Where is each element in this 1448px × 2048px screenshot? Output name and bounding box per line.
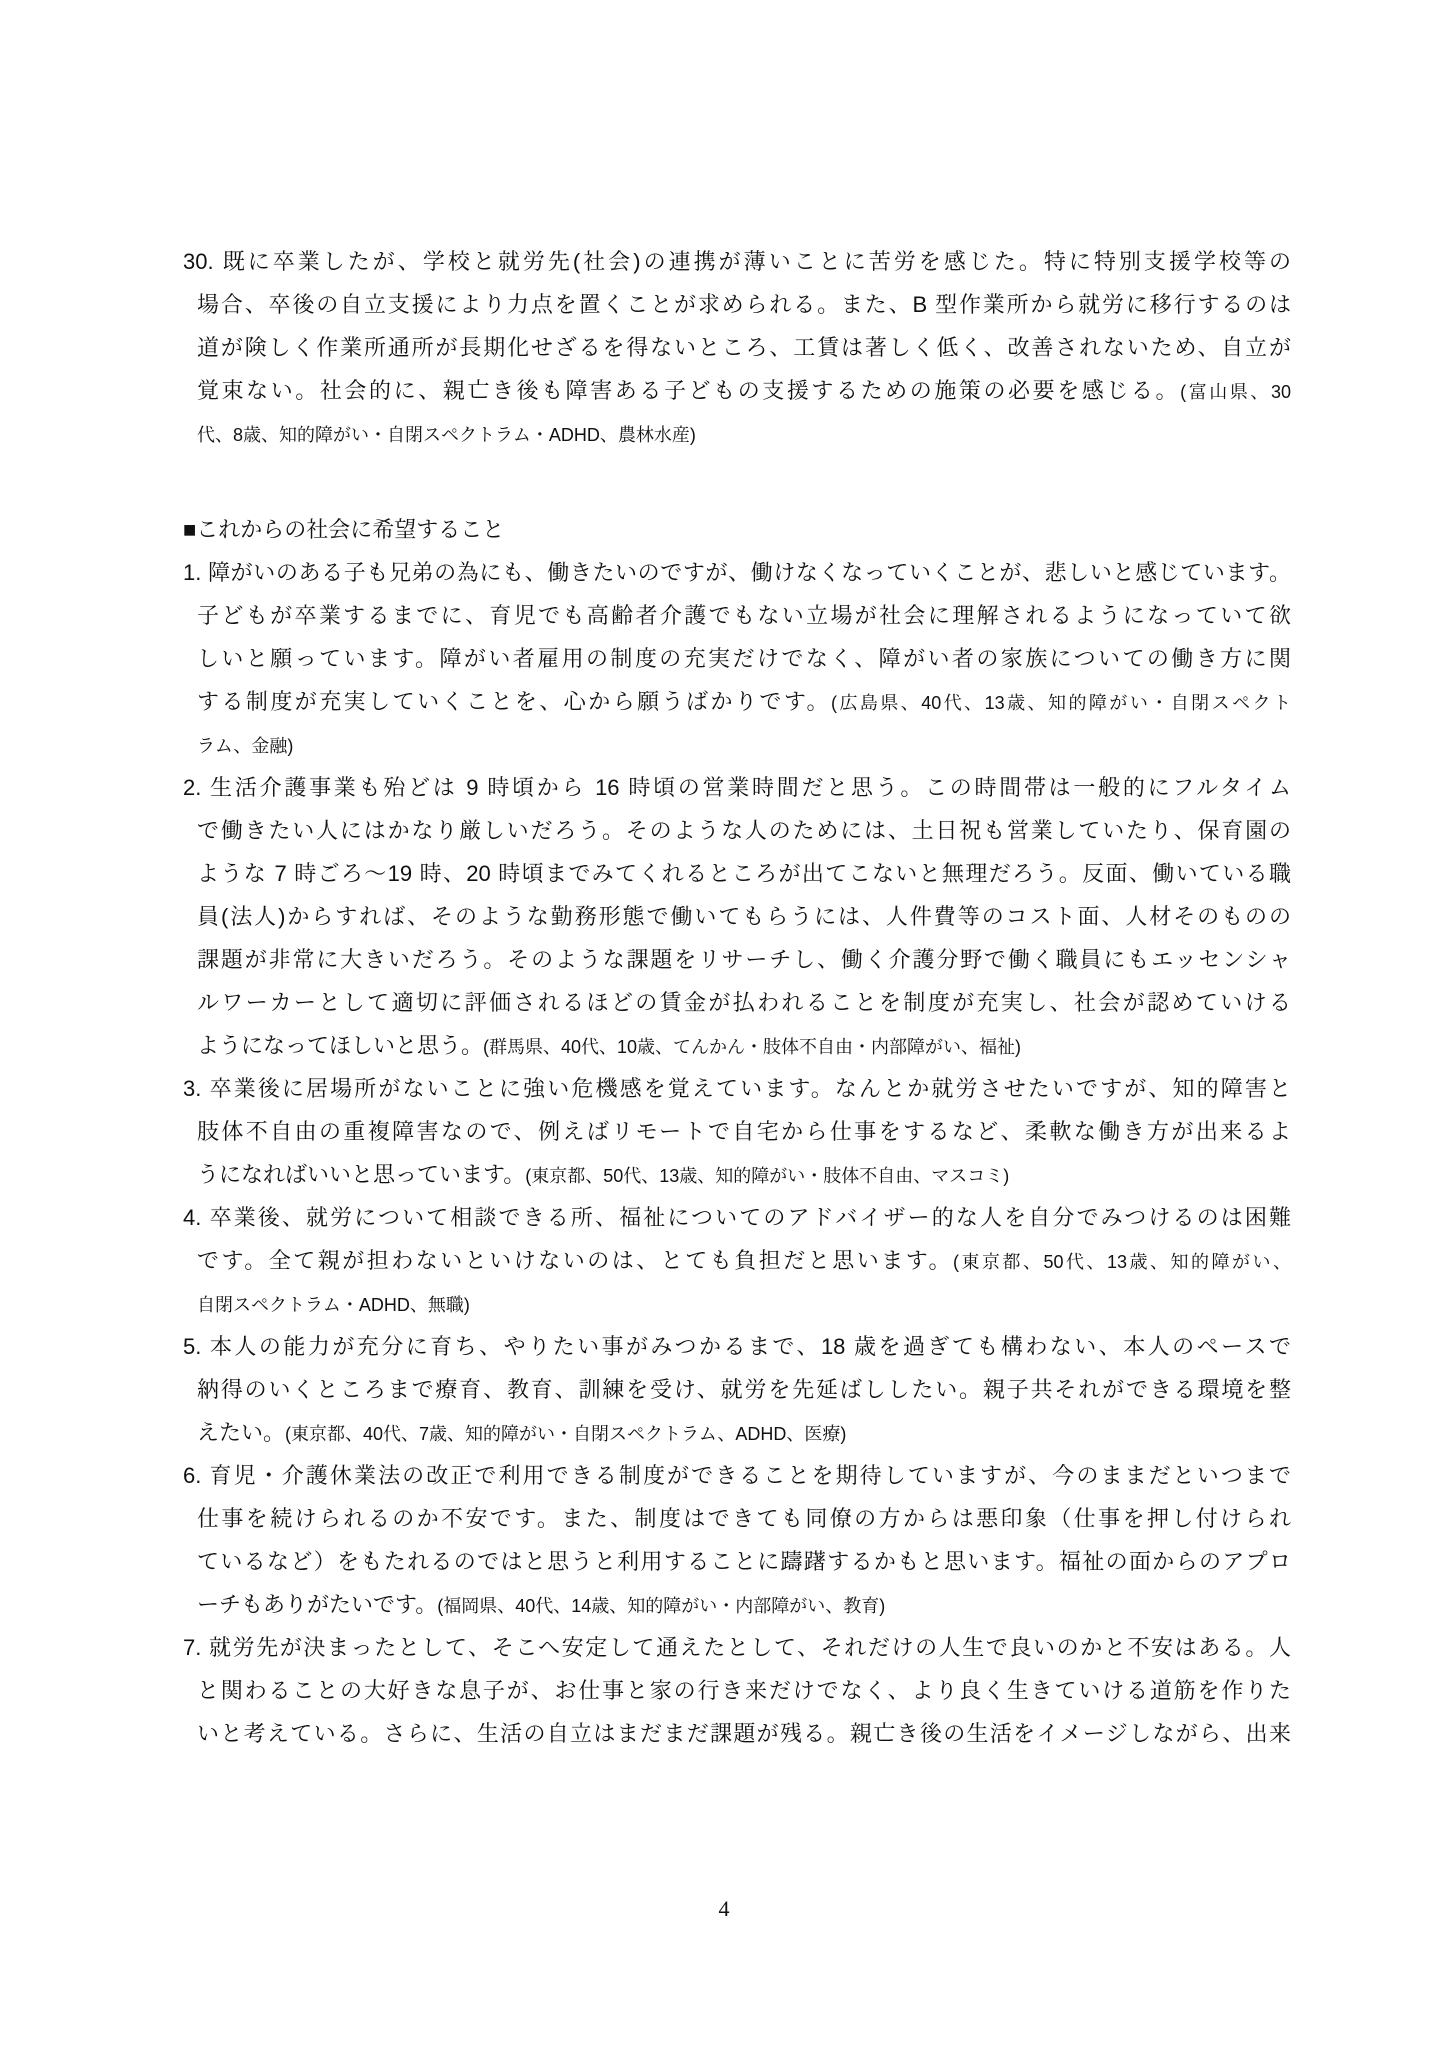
line-text: で働きたい人にはかなり厳しいだろう。そのような人のためには、土日祝も営業していた… (197, 818, 1291, 843)
line-text: 5. 本人の能力が充分に育ち、やりたい事がみつかるまで、18 歳を過ぎても構わな… (183, 1334, 1291, 1359)
line-text: ■これからの社会に希望すること (183, 517, 504, 542)
text-line: 6. 育児・介護休業法の改正で利用できる制度ができることを期待していますが、今の… (183, 1454, 1291, 1497)
page-footer: 4 (0, 1896, 1448, 1922)
line-text: 員(法人)からすれば、そのような勤務形態で働いてもらうには、人件費等のコスト面、… (197, 904, 1291, 929)
opinion-item: 6. 育児・介護休業法の改正で利用できる制度ができることを期待していますが、今の… (183, 1454, 1291, 1626)
opinion-item: 7. 就労先が決まったとして、そこへ安定して通えたとして、それだけの人生で良いの… (183, 1626, 1291, 1755)
line-text: えたい。 (197, 1420, 285, 1445)
line-text: 場合、卒後の自立支援により力点を置くことが求められる。また、B 型作業所から就労… (197, 292, 1291, 317)
line-text: ようになってほしいと思う。 (197, 1033, 483, 1058)
text-line: 課題が非常に大きいだろう。そのような課題をリサーチし、働く介護分野で働く職員にも… (183, 938, 1291, 981)
line-text: しいと願っています。障がい者雇用の制度の充実だけでなく、障がい者の家族についての… (197, 646, 1291, 671)
citation-text: (東京都、50代、13歳、知的障がい、 (953, 1252, 1291, 1272)
text-line: する制度が充実していくことを、心から願うばかりです。(広島県、40代、13歳、知… (183, 680, 1291, 723)
section-heading: ■これからの社会に希望すること (183, 508, 1291, 551)
text-line: 4. 卒業後、就労について相談できる所、福祉についてのアドバイザー的な人を自分で… (183, 1196, 1291, 1239)
opinion-item: 4. 卒業後、就労について相談できる所、福祉についてのアドバイザー的な人を自分で… (183, 1196, 1291, 1325)
text-line: 3. 卒業後に居場所がないことに強い危機感を覚えています。なんとか就労させたいで… (183, 1067, 1291, 1110)
line-text: 肢体不自由の重複障害なので、例えばリモートで自宅から仕事をするなど、柔軟な働き方… (197, 1119, 1291, 1144)
opinion-item: 1. 障がいのある子も兄弟の為にも、働きたいのですが、働けなくなっていくことが、… (183, 551, 1291, 766)
text-line: ているなど）をもたれるのではと思うと利用することに躊躇するかもと思います。福祉の… (183, 1540, 1291, 1583)
heading-line: ■これからの社会に希望すること (183, 508, 1291, 551)
text-line: 子どもが卒業するまでに、育児でも高齢者介護でもない立場が社会に理解されるようにな… (183, 594, 1291, 637)
line-text: 30. 既に卒業したが、学校と就労先(社会)の連携が薄いことに苦労を感じた。特に… (183, 249, 1291, 274)
line-text: と関わることの大好きな息子が、お仕事と家の行き来だけでなく、より良く生きていける… (197, 1678, 1291, 1703)
citation-text: (東京都、50代、13歳、知的障がい・肢体不自由、マスコミ) (525, 1166, 1009, 1186)
text-line: 道が険しく作業所通所が長期化せざるを得ないところ、工賃は著しく低く、改善されない… (183, 326, 1291, 369)
text-line: ようになってほしいと思う。(群馬県、40代、10歳、てんかん・肢体不自由・内部障… (183, 1024, 1291, 1067)
text-line: いと考えている。さらに、生活の自立はまだまだ課題が残る。親亡き後の生活をイメージ… (183, 1712, 1291, 1755)
citation-text: (富山県、30 (1180, 382, 1291, 402)
line-text: ような 7 時ごろ～19 時、20 時頃までみてくれるところが出てこないと無理だ… (197, 861, 1291, 886)
line-text: 道が険しく作業所通所が長期化せざるを得ないところ、工賃は著しく低く、改善されない… (197, 335, 1291, 360)
line-text: 課題が非常に大きいだろう。そのような課題をリサーチし、働く介護分野で働く職員にも… (197, 947, 1291, 972)
text-line: と関わることの大好きな息子が、お仕事と家の行き来だけでなく、より良く生きていける… (183, 1669, 1291, 1712)
line-text: うになればいいと思っています。 (197, 1162, 525, 1187)
line-text: です。全て親が担わないといけないのは、とても負担だと思います。 (197, 1248, 953, 1273)
document-body: 30. 既に卒業したが、学校と就労先(社会)の連携が薄いことに苦労を感じた。特に… (0, 0, 1448, 1755)
line-text: 仕事を続けられるのか不安です。また、制度はできても同僚の方からは悪印象（仕事を押… (197, 1506, 1291, 1531)
text-line: 員(法人)からすれば、そのような勤務形態で働いてもらうには、人件費等のコスト面、… (183, 895, 1291, 938)
text-line: 5. 本人の能力が充分に育ち、やりたい事がみつかるまで、18 歳を過ぎても構わな… (183, 1325, 1291, 1368)
line-text: する制度が充実していくことを、心から願うばかりです。 (197, 689, 831, 714)
citation-text: (群馬県、40代、10歳、てんかん・肢体不自由・内部障がい、福祉) (483, 1037, 1021, 1057)
page-number: 4 (719, 1896, 730, 1921)
text-line: 場合、卒後の自立支援により力点を置くことが求められる。また、B 型作業所から就労… (183, 283, 1291, 326)
line-text: 2. 生活介護事業も殆どは 9 時頃から 16 時頃の営業時間だと思う。この時間… (183, 775, 1291, 800)
line-text: 6. 育児・介護休業法の改正で利用できる制度ができることを期待していますが、今の… (183, 1463, 1291, 1488)
line-text: ルワーカーとして適切に評価されるほどの賃金が払われることを制度が充実し、社会が認… (197, 990, 1291, 1015)
text-line: 覚束ない。社会的に、親亡き後も障害ある子どもの支援するための施策の必要を感じる。… (183, 369, 1291, 412)
document-page: 30. 既に卒業したが、学校と就労先(社会)の連携が薄いことに苦労を感じた。特に… (0, 0, 1448, 2048)
line-text: いと考えている。さらに、生活の自立はまだまだ課題が残る。親亡き後の生活をイメージ… (197, 1721, 1291, 1746)
citation-text: (広島県、40代、13歳、知的障がい・自閉スペクト (831, 693, 1291, 713)
opinion-item: 30. 既に卒業したが、学校と就労先(社会)の連携が薄いことに苦労を感じた。特に… (183, 240, 1291, 455)
line-text: 4. 卒業後、就労について相談できる所、福祉についてのアドバイザー的な人を自分で… (183, 1205, 1291, 1230)
text-line: 代、8歳、知的障がい・自閉スペクトラム・ADHD、農林水産) (183, 412, 1291, 455)
line-text: 1. 障がいのある子も兄弟の為にも、働きたいのですが、働けなくなっていくことが、… (183, 560, 1291, 585)
citation-text: 代、8歳、知的障がい・自閉スペクトラム・ADHD、農林水産) (197, 425, 696, 445)
line-text: 7. 就労先が決まったとして、そこへ安定して通えたとして、それだけの人生で良いの… (183, 1635, 1291, 1660)
text-line: 仕事を続けられるのか不安です。また、制度はできても同僚の方からは悪印象（仕事を押… (183, 1497, 1291, 1540)
text-line: 自閉スペクトラム・ADHD、無職) (183, 1282, 1291, 1325)
text-line: 1. 障がいのある子も兄弟の為にも、働きたいのですが、働けなくなっていくことが、… (183, 551, 1291, 594)
citation-text: ラム、金融) (197, 736, 293, 756)
line-text: 納得のいくところまで療育、教育、訓練を受け、就労を先延ばししたい。親子共それがで… (197, 1377, 1291, 1402)
line-text: 3. 卒業後に居場所がないことに強い危機感を覚えています。なんとか就労させたいで… (183, 1076, 1291, 1101)
citation-text: 自閉スペクトラム・ADHD、無職) (197, 1295, 470, 1315)
text-line: 肢体不自由の重複障害なので、例えばリモートで自宅から仕事をするなど、柔軟な働き方… (183, 1110, 1291, 1153)
opinion-item: 2. 生活介護事業も殆どは 9 時頃から 16 時頃の営業時間だと思う。この時間… (183, 766, 1291, 1067)
text-line: 2. 生活介護事業も殆どは 9 時頃から 16 時頃の営業時間だと思う。この時間… (183, 766, 1291, 809)
line-text: 子どもが卒業するまでに、育児でも高齢者介護でもない立場が社会に理解されるようにな… (197, 603, 1291, 628)
text-line: 納得のいくところまで療育、教育、訓練を受け、就労を先延ばししたい。親子共それがで… (183, 1368, 1291, 1411)
line-text: ーチもありがたいです。 (197, 1592, 437, 1617)
text-line: えたい。(東京都、40代、7歳、知的障がい・自閉スペクトラム、ADHD、医療) (183, 1411, 1291, 1454)
text-line: 7. 就労先が決まったとして、そこへ安定して通えたとして、それだけの人生で良いの… (183, 1626, 1291, 1669)
text-line: うになればいいと思っています。(東京都、50代、13歳、知的障がい・肢体不自由、… (183, 1153, 1291, 1196)
text-line: ラム、金融) (183, 723, 1291, 766)
text-line: ルワーカーとして適切に評価されるほどの賃金が払われることを制度が充実し、社会が認… (183, 981, 1291, 1024)
text-line: で働きたい人にはかなり厳しいだろう。そのような人のためには、土日祝も営業していた… (183, 809, 1291, 852)
citation-text: (東京都、40代、7歳、知的障がい・自閉スペクトラム、ADHD、医療) (285, 1424, 846, 1444)
line-text: 覚束ない。社会的に、親亡き後も障害ある子どもの支援するための施策の必要を感じる。 (197, 378, 1180, 403)
citation-text: (福岡県、40代、14歳、知的障がい・内部障がい、教育) (437, 1596, 885, 1616)
text-line: ーチもありがたいです。(福岡県、40代、14歳、知的障がい・内部障がい、教育) (183, 1583, 1291, 1626)
text-line: 30. 既に卒業したが、学校と就労先(社会)の連携が薄いことに苦労を感じた。特に… (183, 240, 1291, 283)
opinion-item: 5. 本人の能力が充分に育ち、やりたい事がみつかるまで、18 歳を過ぎても構わな… (183, 1325, 1291, 1454)
opinion-item: 3. 卒業後に居場所がないことに強い危機感を覚えています。なんとか就労させたいで… (183, 1067, 1291, 1196)
text-line: しいと願っています。障がい者雇用の制度の充実だけでなく、障がい者の家族についての… (183, 637, 1291, 680)
text-line: です。全て親が担わないといけないのは、とても負担だと思います。(東京都、50代、… (183, 1239, 1291, 1282)
line-text: ているなど）をもたれるのではと思うと利用することに躊躇するかもと思います。福祉の… (197, 1549, 1291, 1574)
text-line: ような 7 時ごろ～19 時、20 時頃までみてくれるところが出てこないと無理だ… (183, 852, 1291, 895)
